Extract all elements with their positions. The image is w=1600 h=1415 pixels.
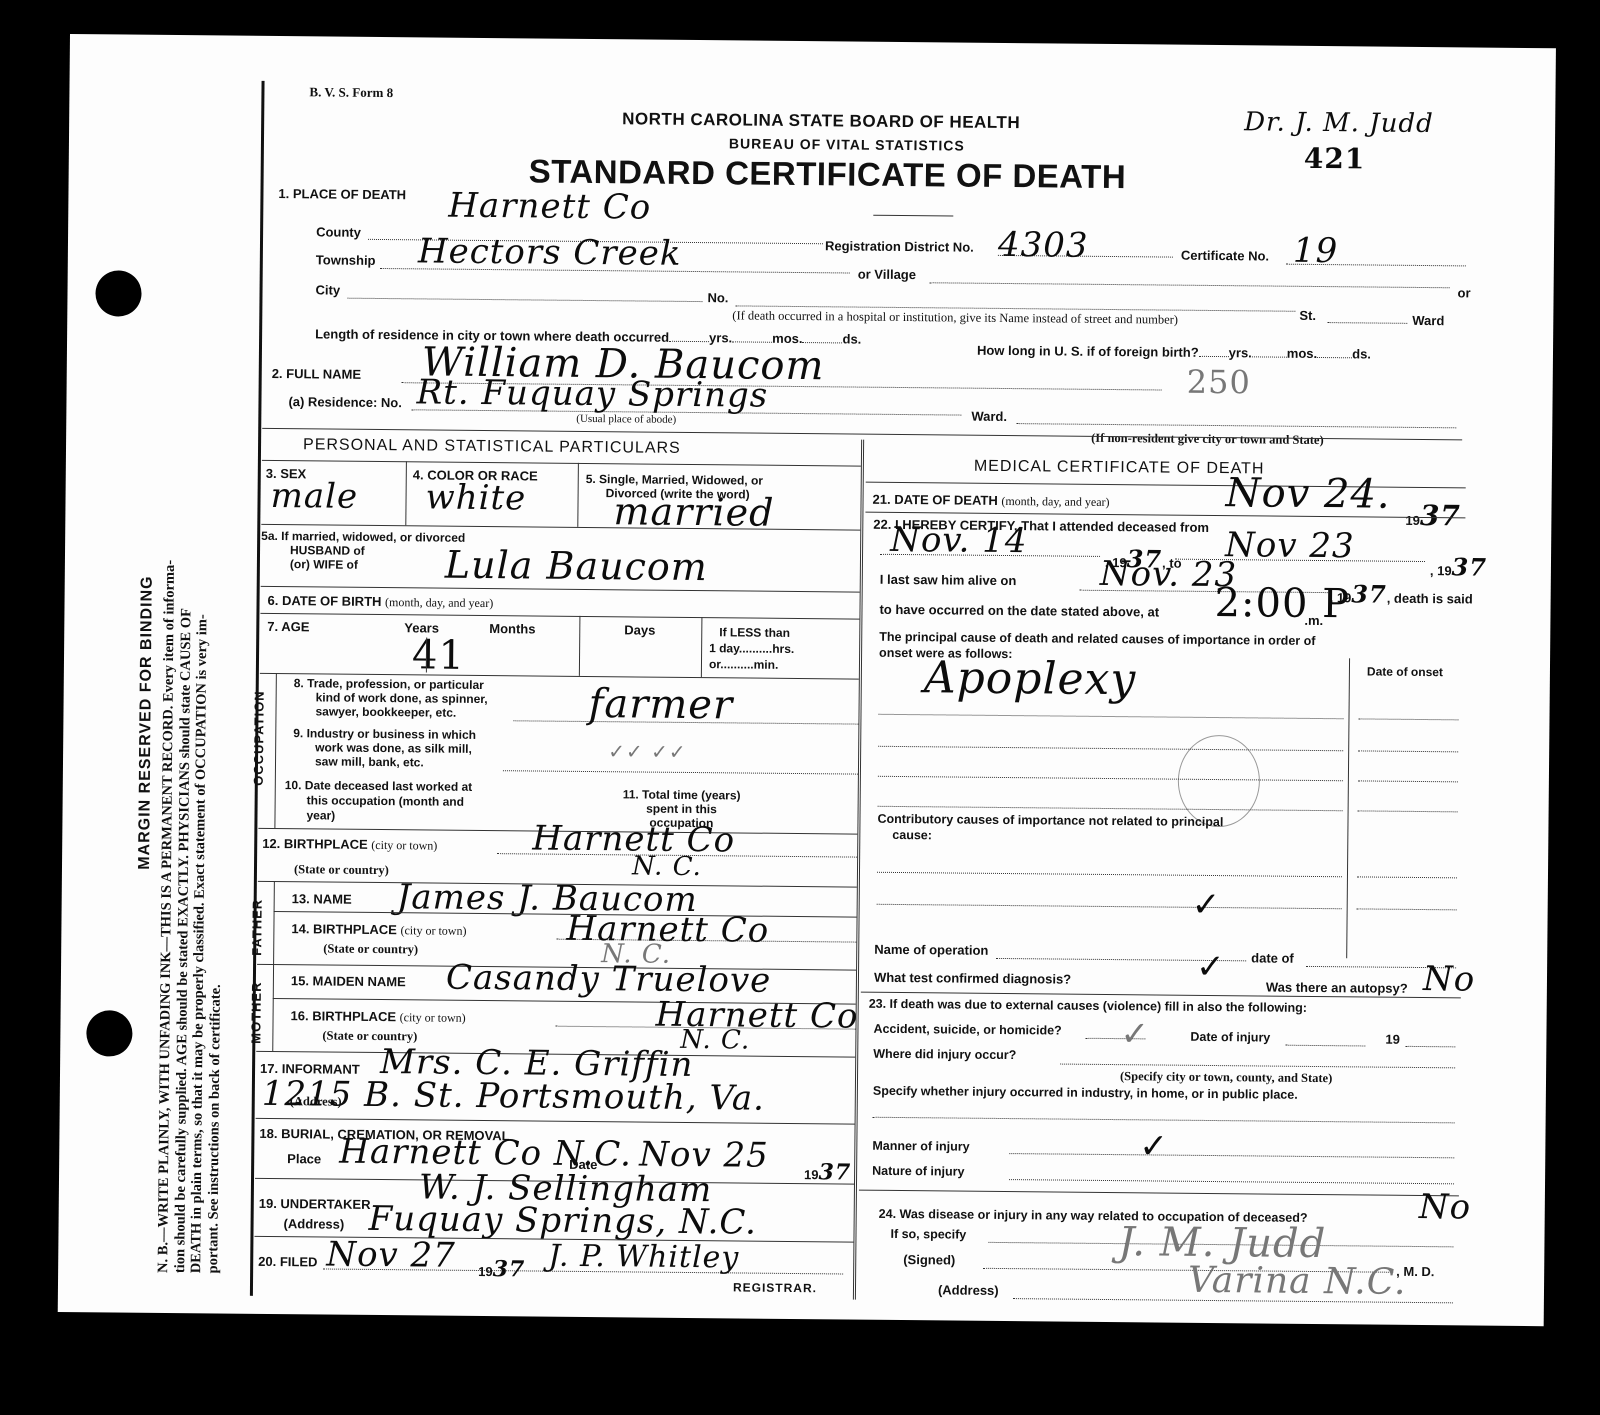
manner-line	[1009, 1153, 1454, 1158]
township-label: Township	[316, 252, 376, 268]
mother-maiden-value: Casandy Truelove	[446, 958, 772, 1001]
cell-divider	[577, 463, 579, 527]
reg-district-value: 4303	[998, 225, 1089, 266]
contributory-label: Contributory causes of importance not re…	[877, 812, 1223, 829]
cause-value: Apoplexy	[924, 652, 1137, 705]
title-rule	[873, 215, 953, 217]
village-line	[930, 282, 1450, 288]
state-country-label: (State or country)	[294, 862, 389, 878]
occupation-side-label: OCCUPATION	[251, 690, 267, 786]
foreign-birth-label: How long in U. S. if of foreign birth?yr…	[977, 343, 1371, 362]
physician-address-label: (Address)	[938, 1282, 999, 1298]
county-label: County	[316, 224, 361, 239]
nonresident-note: (If non-resident give city or town and S…	[1091, 431, 1324, 448]
reg-district-label: Registration District No.	[825, 238, 974, 254]
contributory-label-2: cause:	[892, 828, 932, 842]
cell-divider	[579, 616, 581, 676]
birthplace-state-value: N. C.	[632, 851, 702, 882]
residence-ward-line	[1016, 423, 1456, 428]
if-so-label: If so, specify	[890, 1227, 966, 1242]
hospital-note: (If death occurred in a hospital or inst…	[732, 308, 1178, 327]
occurred-label: to have occurred on the date stated abov…	[879, 602, 1159, 620]
test-value: ✓	[1196, 947, 1226, 987]
hrs-label: 1 day..........hrs.	[709, 641, 794, 656]
manner-label: Manner of injury	[872, 1139, 969, 1154]
specify-place-note: (Specify city or town, county, and State…	[1120, 1069, 1332, 1086]
binding-hole-bottom	[86, 1010, 132, 1056]
usual-abode-note: (Usual place of abode)	[576, 413, 676, 426]
mother-birthplace-label: 16. BIRTHPLACE (city or town)	[291, 1008, 466, 1026]
dod-year: 1937	[1405, 499, 1461, 533]
nature-label: Nature of injury	[872, 1164, 965, 1179]
spouse-label-3: (or) WIFE of	[290, 557, 358, 572]
personal-heading: PERSONAL AND STATISTICAL PARTICULARS	[303, 436, 681, 458]
corner-number: 421	[1304, 142, 1366, 176]
external-causes-label: 23. If death was due to external causes …	[869, 997, 1307, 1015]
filed-date-value: Nov 27	[326, 1235, 456, 1276]
race-value: white	[425, 477, 526, 518]
registrar-label: REGISTRAR.	[733, 1280, 817, 1295]
min-label: or..........min.	[709, 657, 778, 672]
cell-divider	[701, 617, 703, 677]
occupation-related-value: No	[1419, 1187, 1472, 1227]
residence-ward-label: Ward.	[971, 409, 1007, 424]
row-rule	[256, 1118, 855, 1125]
injury-year-label: 19	[1385, 1032, 1400, 1047]
form-id: B. V. S. Form 8	[309, 84, 393, 101]
burial-year: 1937	[804, 1159, 851, 1185]
attended-to-year: , 1937	[1430, 552, 1487, 582]
autopsy-label: Was there an autopsy?	[1266, 980, 1408, 996]
test-label: What test confirmed diagnosis?	[874, 970, 1071, 987]
informant-address-value: 1215 B. St. Portsmouth, Va.	[262, 1074, 766, 1119]
injury-date-line	[1285, 1045, 1365, 1047]
contributory-line	[877, 872, 1342, 877]
filed-year: 1937	[478, 1256, 525, 1282]
certificate-label: Certificate No.	[1181, 248, 1269, 264]
onset-line	[1357, 908, 1457, 910]
cause-label: The principal cause of death and related…	[879, 630, 1315, 648]
last-saw-label: I last saw him alive on	[880, 572, 1017, 588]
no-label: No.	[707, 290, 728, 305]
signed-label: (Signed)	[903, 1252, 955, 1267]
residence-label: (a) Residence: No.	[288, 394, 402, 410]
injury-date-label: Date of injury	[1190, 1030, 1270, 1045]
injury-year-line	[1405, 1046, 1455, 1047]
trade-label: 8. Trade, profession, or particularkind …	[293, 676, 487, 720]
residence-value: Rt. Fuquay Springs	[416, 372, 768, 415]
margin-binding-label: MARGIN RESERVED FOR BINDING	[136, 575, 157, 869]
less-than-label: If LESS than	[719, 625, 790, 640]
industry-label: 9. Industry or business in whichwork was…	[293, 726, 476, 770]
cause-line	[878, 746, 1343, 751]
corner-annotation: Dr. J. M. Judd	[1244, 107, 1434, 139]
name-side-note: 250	[1187, 363, 1251, 402]
ward-label: Ward	[1412, 313, 1444, 328]
date-onset-label: Date of onset	[1367, 664, 1443, 679]
where-label: Where did injury occur?	[873, 1047, 1016, 1062]
undertaker-label: 19. UNDERTAKER	[259, 1196, 371, 1212]
check-mark: ✓	[1192, 885, 1222, 925]
or-label: or	[1458, 285, 1471, 300]
trade-value: farmer	[588, 681, 733, 728]
death-time-value: 2:00 P	[1214, 580, 1350, 627]
last-worked-label: 10. Date deceased last worked atthis occ…	[284, 778, 472, 825]
physician-address-value: Varina N.C.	[1188, 1260, 1407, 1303]
mother-side-label: MOTHER	[248, 981, 264, 1043]
attended-to-value: Nov 23	[1225, 525, 1355, 566]
onset-line	[1358, 750, 1458, 752]
onset-line	[1358, 810, 1458, 812]
nature-line	[1009, 1179, 1454, 1184]
dod-label: 21. DATE OF DEATH (month, day, and year)	[872, 492, 1109, 510]
days-label: Days	[624, 622, 655, 637]
cause-line	[878, 806, 1343, 811]
full-name-label: 2. FULL NAME	[272, 366, 361, 382]
manner-value: ✓	[1139, 1126, 1169, 1166]
onset-line	[1358, 718, 1458, 720]
certificate-value: 19	[1293, 231, 1339, 271]
attended-from-value: Nov. 14	[890, 520, 1028, 561]
place-of-death-label: 1. PLACE OF DEATH	[278, 186, 406, 202]
cell-divider	[405, 461, 407, 525]
father-side-label: FATHER	[249, 899, 265, 956]
months-label: Months	[489, 621, 535, 636]
operation-label: Name of operation	[874, 942, 988, 958]
county-value: Harnett Co	[448, 186, 651, 228]
death-certificate: MARGIN RESERVED FOR BINDING N. B.—WRITE …	[58, 34, 1556, 1326]
accident-value: ✓	[1120, 1014, 1150, 1054]
margin-instructions: N. B.—WRITE PLAINLY, WITH UNFADING INK—T…	[155, 560, 228, 1274]
mother-maiden-label: 15. MAIDEN NAME	[291, 973, 406, 989]
dob-label: 6. DATE OF BIRTH (month, day, and year)	[267, 593, 493, 611]
medical-heading: MEDICAL CERTIFICATE OF DEATH	[974, 458, 1265, 479]
cell-divider	[272, 881, 275, 1051]
cause-line	[878, 776, 1343, 781]
industry-line	[503, 770, 858, 774]
village-label: or Village	[858, 267, 916, 283]
date-of-label: date of	[1251, 950, 1294, 965]
father-state-label: (State or country)	[323, 941, 418, 957]
cause-line	[879, 714, 1344, 719]
industry-value: ✓✓ ✓✓	[608, 739, 687, 764]
where-line	[1060, 1064, 1455, 1069]
column-divider	[853, 440, 864, 1300]
birthplace-label: 12. BIRTHPLACE (city or town)	[262, 836, 437, 854]
age-label: 7. AGE	[267, 619, 309, 634]
registrar-signature: J. P. Whitley	[548, 1239, 739, 1276]
spouse-value: Lula Baucom	[445, 543, 708, 590]
cell-divider	[274, 673, 276, 828]
township-value: Hectors Creek	[418, 231, 682, 274]
onset-divider	[1346, 658, 1350, 958]
row-rule	[859, 1190, 1459, 1197]
sex-value: male	[270, 476, 358, 517]
city-label: City	[315, 282, 340, 297]
onset-line	[1357, 876, 1457, 878]
row-rule	[260, 613, 859, 620]
father-name-label: 13. NAME	[292, 891, 352, 907]
am-pm-label: .m.	[1304, 613, 1323, 628]
burial-place-label: Place	[287, 1151, 321, 1166]
st-label: St.	[1299, 308, 1316, 323]
row-rule	[262, 460, 861, 467]
father-birthplace-label: 14. BIRTHPLACE (city or town)	[291, 921, 466, 939]
agency-title: NORTH CAROLINA STATE BOARD OF HEALTH	[622, 109, 1020, 133]
age-years-value: 41	[412, 632, 465, 679]
dod-value: Nov 24.	[1225, 470, 1390, 518]
specify-where-line	[873, 1117, 1455, 1124]
filed-label: 20. FILED	[258, 1254, 317, 1270]
binding-hole-top	[95, 270, 141, 316]
contributory-line	[877, 904, 1342, 909]
city-line	[347, 298, 702, 302]
onset-line	[1358, 780, 1458, 782]
undertaker-address-label: (Address)	[284, 1216, 345, 1232]
spouse-label-2: HUSBAND of	[290, 543, 365, 558]
bureau-title: BUREAU OF VITAL STATISTICS	[729, 135, 965, 153]
ward-line	[1327, 322, 1407, 324]
last-saw-year: , 1937, death is said	[1330, 579, 1473, 609]
accident-label: Accident, suicide, or homicide?	[873, 1022, 1061, 1038]
autopsy-value: No	[1423, 959, 1476, 999]
specify-where-label: Specify whether injury occurred in indus…	[873, 1084, 1298, 1102]
